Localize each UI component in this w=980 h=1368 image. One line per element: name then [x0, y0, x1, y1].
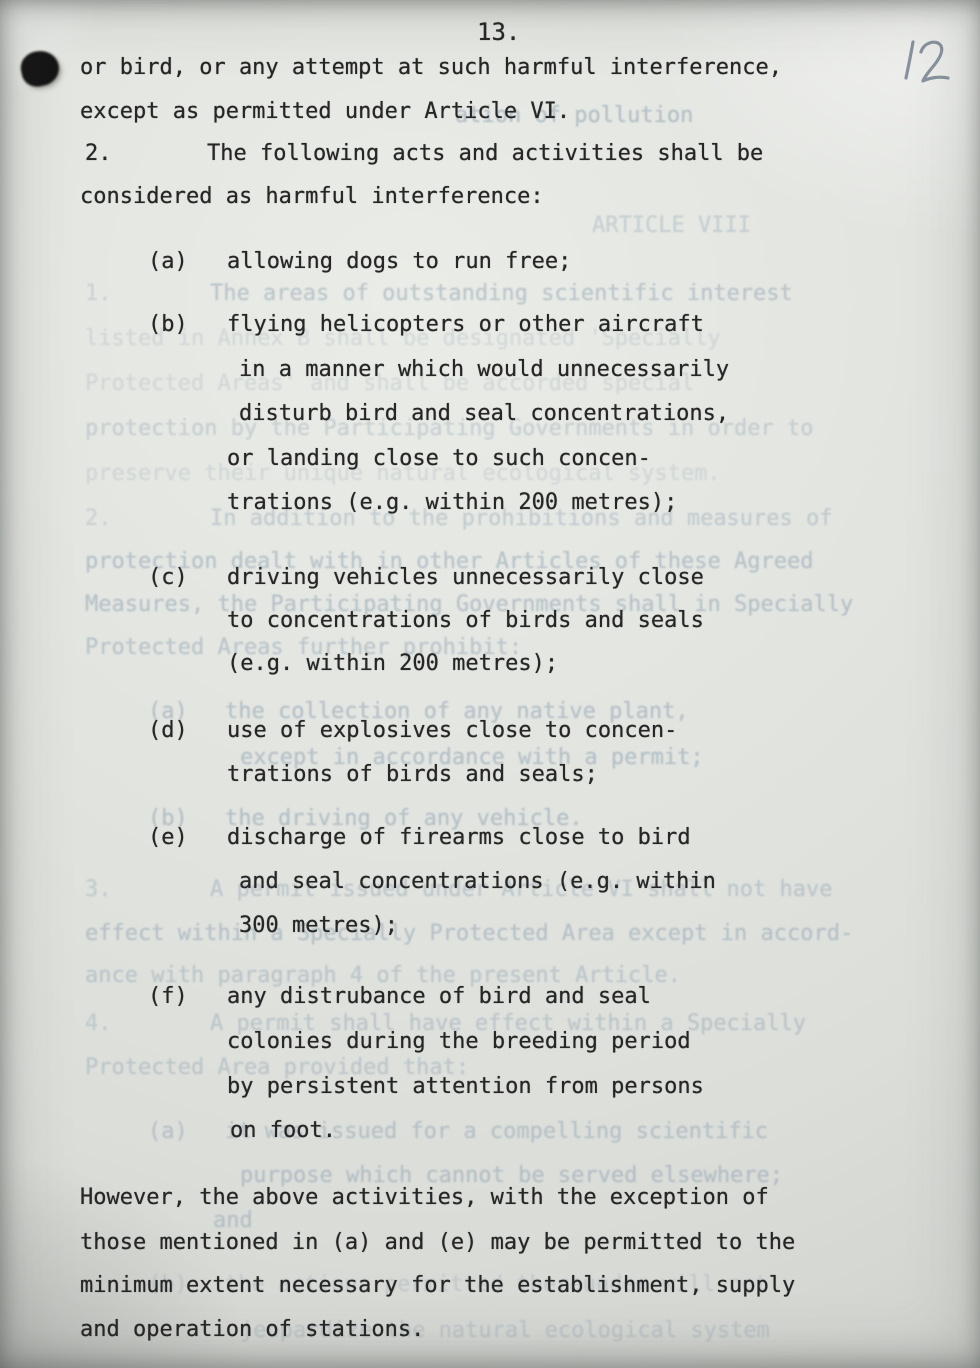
- typed-line: (f): [148, 984, 188, 1010]
- typed-line: trations of birds and seals;: [227, 762, 598, 788]
- bleedthrough-line: effect within a Specially Protected Area…: [85, 921, 853, 947]
- typed-line: However, the above activities, with the …: [80, 1185, 769, 1211]
- typed-line: those mentioned in (a) and (e) may be pe…: [80, 1230, 795, 1256]
- typed-line: 2.: [85, 141, 112, 167]
- document-page: ation of pollutionARTICLE VIII1.The area…: [0, 0, 980, 1368]
- typed-line: on foot.: [230, 1118, 336, 1144]
- typed-line: in a manner which would unnecessarily: [239, 357, 729, 383]
- bleedthrough-line: 4.: [85, 1011, 112, 1037]
- typed-line: discharge of firearms close to bird: [227, 825, 691, 851]
- bleedthrough-line: (a): [148, 1119, 188, 1145]
- bleedthrough-line: 3.: [85, 877, 112, 903]
- typed-line: flying helicopters or other aircraft: [227, 312, 704, 338]
- typed-line: trations (e.g. within 200 metres);: [227, 490, 677, 516]
- typed-line: allowing dogs to run free;: [227, 249, 571, 275]
- bleedthrough-line: 2.: [85, 506, 112, 532]
- typed-line: use of explosives close to concen-: [227, 718, 677, 744]
- typed-line: to concentrations of birds and seals: [227, 608, 704, 634]
- typed-line: by persistent attention from persons: [227, 1074, 704, 1100]
- bleedthrough-line: 1.: [85, 281, 112, 307]
- typed-line: (a): [148, 249, 188, 275]
- typed-line: and seal concentrations (e.g. within: [239, 869, 716, 895]
- page-number: 13.: [477, 18, 520, 46]
- typed-line: any distrubance of bird and seal: [227, 984, 651, 1010]
- bleedthrough-line: The areas of outstanding scientific inte…: [210, 281, 793, 307]
- typed-line: (c): [148, 565, 188, 591]
- typed-line: or bird, or any attempt at such harmful …: [80, 55, 782, 81]
- typed-line: and operation of stations.: [80, 1317, 424, 1343]
- typed-line: The following acts and activities shall …: [207, 141, 763, 167]
- typed-line: (e): [148, 825, 188, 851]
- typed-line: minimum extent necessary for the establi…: [80, 1273, 795, 1299]
- typed-line: or landing close to such concen-: [227, 446, 651, 472]
- typed-line: considered as harmful interference:: [80, 184, 544, 210]
- typed-line: except as permitted under Article VI.: [80, 99, 570, 125]
- typed-line: driving vehicles unnecessarily close: [227, 565, 704, 591]
- hole-punch: [18, 47, 62, 89]
- typed-line: (d): [148, 718, 188, 744]
- handwritten-folio-number: [897, 36, 967, 96]
- typed-line: 300 metres);: [239, 913, 398, 939]
- typed-line: disturb bird and seal concentrations,: [239, 401, 729, 427]
- typed-line: (b): [148, 312, 188, 338]
- typed-line: (e.g. within 200 metres);: [227, 651, 558, 677]
- bleedthrough-line: ARTICLE VIII: [592, 213, 751, 239]
- typed-line: colonies during the breeding period: [227, 1029, 691, 1055]
